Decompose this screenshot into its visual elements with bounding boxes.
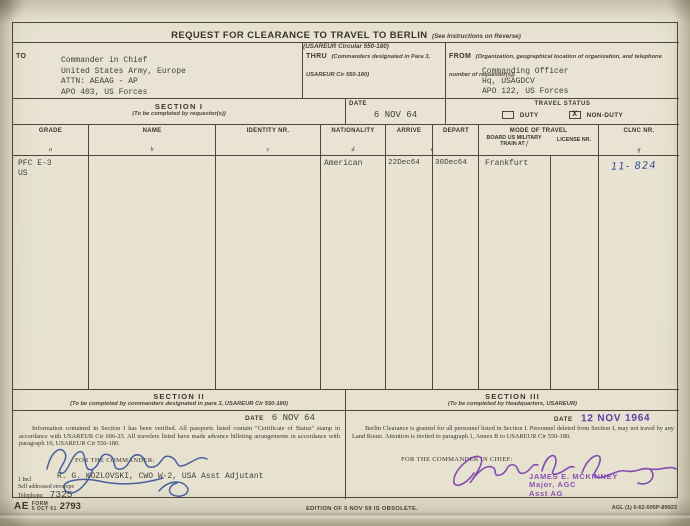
section1-title: SECTION I — [13, 102, 345, 111]
form-title-block: REQUEST FOR CLEARANCE TO TRAVEL TO BERLI… — [13, 23, 679, 43]
section3-header: SECTION III (To be completed by Headquar… — [346, 389, 679, 411]
section1-date-cell: DATE 6 NOV 64 — [346, 99, 446, 125]
telephone-label: Telephone: — [18, 493, 44, 500]
header-nationality: NATIONALITY d — [321, 125, 386, 156]
header-mode-of-travel: MODE OF TRAVEL BOARD US MILITARY TRAIN A… — [479, 125, 599, 156]
grade-value: PFC E-3 — [18, 159, 88, 169]
signature-mckinney-purple-ink — [444, 443, 682, 495]
header-identity: IDENTITY NR. c — [216, 125, 321, 156]
section3-date-row: DATE 12 NOV 1964 — [554, 413, 650, 424]
section2-note: (To be completed by commanders designate… — [13, 401, 345, 408]
cell-license — [551, 156, 599, 389]
section2-date-row: DATE 6 NOV 64 — [245, 413, 315, 423]
to-label: TO — [16, 53, 26, 60]
header-identity-letter: c — [216, 147, 320, 153]
cell-board-train: Frankfurt — [479, 156, 551, 389]
header-grade-label: GRADE — [13, 128, 88, 134]
form-date: 5 OCT 61 — [32, 507, 57, 512]
header-identity-label: IDENTITY NR. — [216, 128, 320, 134]
to-block: TO Commander in Chief United States Army… — [13, 43, 303, 99]
from-label: FROM — [449, 53, 471, 60]
form-number: 2793 — [60, 501, 81, 512]
cell-nationality: American — [321, 156, 386, 389]
thru-block: THRU (Commanders designated in Para 3, U… — [303, 43, 446, 99]
nonduty-checkbox: X — [569, 111, 581, 119]
travel-status-label: TRAVEL STATUS — [446, 101, 679, 107]
travel-status-options: DUTY X NON-DUTY — [446, 111, 679, 119]
section3-title: SECTION III — [346, 392, 679, 401]
from-address: Commanding Officer Hq, USAGDCV APO 122, … — [482, 67, 568, 97]
header-nationality-label: NATIONALITY — [321, 128, 385, 134]
form-title: REQUEST FOR CLEARANCE TO TRAVEL TO BERLI… — [171, 30, 427, 41]
grade-value-2: US — [18, 169, 88, 179]
section3-body-text: Berlin Clearance is granted for all pers… — [352, 425, 674, 440]
cell-clnc: 11- 824 — [599, 156, 679, 389]
header-nationality-letter: d — [321, 147, 385, 153]
form-title-note: (See Instructions on Reverse) — [432, 33, 521, 40]
nonduty-label: NON-DUTY — [587, 112, 623, 119]
header-board-train-label: BOARD US MILITARY TRAIN AT — [486, 135, 541, 147]
from-line: Commanding Officer — [482, 67, 568, 77]
paper-crease — [0, 511, 690, 519]
form-number-block: AE FORM 5 OCT 61 2793 — [14, 501, 81, 512]
header-clnc-label: CLNC NR. — [599, 128, 679, 134]
date-label: DATE — [245, 415, 264, 422]
header-board-train: BOARD US MILITARY TRAIN AT f — [479, 133, 549, 156]
section1-header: SECTION I (To be completed by requestor(… — [13, 99, 346, 125]
date-label: DATE — [554, 416, 573, 423]
clnc-handwritten-number: 11- 824 — [611, 160, 657, 173]
cell-name — [89, 156, 216, 389]
edition-note: EDITION OF 5 NOV 59 IS OBSOLETE. — [306, 506, 418, 512]
cell-arrive: 22Dec64 — [386, 156, 433, 389]
section2-header: SECTION II (To be completed by commander… — [13, 389, 346, 411]
to-line: United States Army, Europe — [61, 67, 186, 78]
header-arrive-depart-letter: e — [386, 147, 478, 153]
header-license-label: LICENSE NR. — [549, 133, 599, 156]
from-line: Hq, USAGDCV — [482, 77, 568, 87]
header-name: NAME b — [89, 125, 216, 156]
section3-panel: DATE 12 NOV 1964 Berlin Clearance is gra… — [346, 411, 679, 499]
section1-note: (To be completed by requestor(s)) — [13, 111, 345, 118]
cell-depart: 30Dec64 — [433, 156, 479, 389]
cell-identity — [216, 156, 321, 389]
from-block: FROM (Organization, geographical locatio… — [446, 43, 679, 99]
print-code: AGL (1) 6-62-605P-89923 — [612, 505, 677, 511]
to-address: Commander in Chief United States Army, E… — [61, 56, 186, 98]
form-prefix: AE — [14, 501, 29, 512]
from-line: APO 122, US Forces — [482, 87, 568, 97]
header-clnc: CLNC NR. g — [599, 125, 679, 156]
to-line: ATTN: AEAAG - AP — [61, 77, 186, 88]
form-border: REQUEST FOR CLEARANCE TO TRAVEL TO BERLI… — [12, 22, 678, 498]
header-board-train-letter: f — [526, 141, 528, 147]
thru-label: THRU — [306, 53, 327, 60]
duty-label: DUTY — [520, 112, 539, 119]
header-grade: GRADE a — [13, 125, 89, 156]
duty-checkbox — [502, 111, 514, 119]
to-line: APO 403, US Forces — [61, 88, 186, 99]
section2-date-value: 6 NOV 64 — [272, 413, 315, 423]
signature-kozlovski-blue-ink — [41, 435, 216, 501]
form-label-date: FORM 5 OCT 61 — [32, 502, 57, 512]
cell-grade: PFC E-3 US — [13, 156, 89, 389]
section1-date-value: 6 NOV 64 — [346, 110, 445, 120]
header-arrive-depart: ARRIVE DEPART e — [386, 125, 479, 156]
date-stamp: 12 NOV 1964 — [581, 413, 650, 425]
section2-panel: DATE 6 NOV 64 Information contained in S… — [13, 411, 346, 499]
duty-option: DUTY — [502, 111, 539, 119]
section3-note: (To be completed by Headquarters, USAREU… — [346, 401, 679, 408]
to-line: Commander in Chief — [61, 56, 186, 67]
nonduty-option: X NON-DUTY — [569, 111, 623, 119]
header-name-label: NAME — [89, 128, 215, 134]
travel-status-cell: TRAVEL STATUS DUTY X NON-DUTY — [446, 99, 679, 125]
scanned-form-paper: REQUEST FOR CLEARANCE TO TRAVEL TO BERLI… — [0, 0, 690, 526]
section2-title: SECTION II — [13, 392, 345, 401]
header-name-letter: b — [89, 147, 215, 153]
header-grade-letter: a — [13, 147, 88, 153]
header-clnc-letter: g — [599, 147, 679, 153]
date-label: DATE — [349, 101, 367, 107]
